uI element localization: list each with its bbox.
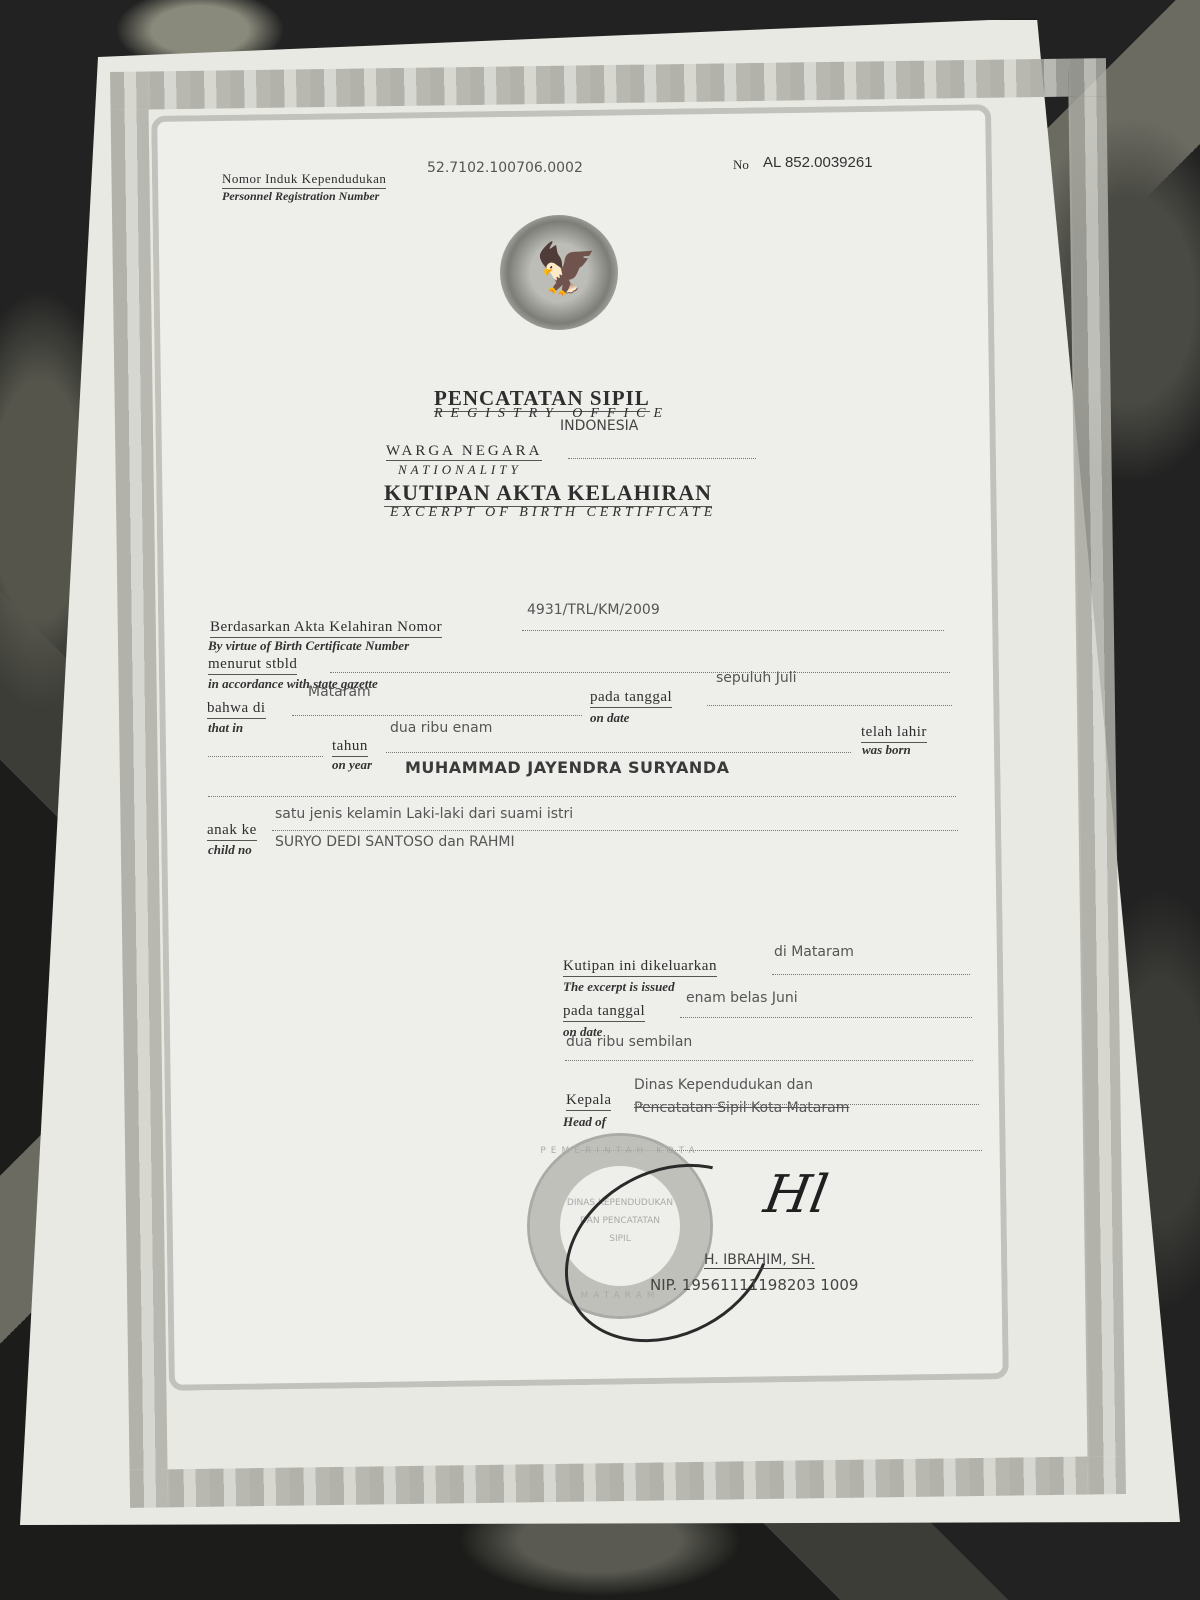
issued-label-en: The excerpt is issued bbox=[563, 979, 675, 995]
birth-date-label-en: on date bbox=[590, 710, 629, 726]
issued-year-line bbox=[565, 1060, 973, 1061]
head-label: Kepala bbox=[566, 1092, 611, 1111]
child-label: anak ke bbox=[207, 822, 257, 841]
place-value: Mataram bbox=[308, 684, 371, 700]
issued-place-line bbox=[772, 974, 970, 975]
serial-prefix: No bbox=[733, 157, 749, 173]
issued-date-line bbox=[680, 1017, 972, 1018]
act-number-label: Berdasarkan Akta Kelahiran Nomor bbox=[210, 619, 442, 638]
head-label-en: Head of bbox=[563, 1114, 606, 1130]
child-label-en: child no bbox=[208, 842, 252, 858]
signatory-nip: NIP. 19561111198203 1009 bbox=[650, 1276, 858, 1294]
office-line1: Dinas Kependudukan dan bbox=[634, 1077, 813, 1093]
issued-year-value: dua ribu sembilan bbox=[566, 1034, 692, 1050]
nik-value: 52.7102.100706.0002 bbox=[427, 160, 583, 176]
birth-date-label: pada tanggal bbox=[590, 689, 672, 708]
act-number-line bbox=[522, 630, 944, 631]
child-name-line bbox=[208, 796, 956, 797]
birth-year-label: tahun bbox=[332, 738, 368, 757]
stamp-ring-top: PEMERINTAH KOTA bbox=[530, 1146, 710, 1156]
stbld-label: menurut stbld bbox=[208, 656, 297, 675]
child-name: MUHAMMAD JAYENDRA SURYANDA bbox=[405, 758, 729, 777]
act-number-label-en: By virtue of Birth Certificate Number bbox=[208, 638, 409, 654]
birth-year-value: dua ribu enam bbox=[390, 720, 492, 736]
issued-label: Kutipan ini dikeluarkan bbox=[563, 958, 717, 977]
nik-label: Nomor Induk Kependudukan bbox=[222, 171, 386, 189]
born-label: telah lahir bbox=[861, 724, 927, 743]
place-label: bahwa di bbox=[207, 700, 266, 719]
issued-place-value: di Mataram bbox=[774, 944, 854, 960]
signature-icon: Hl bbox=[760, 1165, 833, 1225]
birth-date-line bbox=[707, 705, 952, 706]
born-label-en: was born bbox=[862, 742, 911, 758]
parents-names: SURYO DEDI SANTOSO dan RAHMI bbox=[275, 834, 515, 850]
office-line2: Pencatatan Sipil Kota Mataram bbox=[634, 1100, 849, 1116]
nationality-label-en: NATIONALITY bbox=[398, 462, 522, 478]
child-detail-line1: satu jenis kelamin Laki-laki dari suami … bbox=[275, 806, 573, 822]
signatory-name: H. IBRAHIM, SH. bbox=[704, 1252, 815, 1269]
nik-block: Nomor Induk Kependudukan Personnel Regis… bbox=[222, 170, 386, 204]
birth-year-label-en: on year bbox=[332, 757, 372, 773]
place-line bbox=[292, 715, 582, 716]
garuda-emblem-icon: 🦅 bbox=[500, 215, 618, 330]
act-number-value: 4931/TRL/KM/2009 bbox=[527, 602, 660, 618]
issued-date-value: enam belas Juni bbox=[686, 990, 798, 1006]
place-label-en: that in bbox=[208, 720, 243, 736]
serial-number: AL 852.0039261 bbox=[763, 154, 873, 171]
office-line bbox=[634, 1104, 979, 1105]
birth-date-value: sepuluh Juli bbox=[716, 670, 797, 686]
stbld-line bbox=[330, 672, 950, 673]
nationality-value: INDONESIA bbox=[560, 418, 638, 434]
nik-label-en: Personnel Registration Number bbox=[222, 189, 386, 204]
document-title: KUTIPAN AKTA KELAHIRAN bbox=[384, 480, 712, 507]
document-title-en: EXCERPT OF BIRTH CERTIFICATE bbox=[390, 505, 716, 521]
year-prefix-line bbox=[208, 756, 323, 757]
issued-date-label: pada tanggal bbox=[563, 1003, 645, 1022]
nationality-label: WARGA NEGARA bbox=[386, 443, 542, 461]
nationality-line bbox=[568, 458, 756, 459]
child-detail-line bbox=[272, 830, 958, 831]
birth-year-line bbox=[386, 752, 851, 753]
